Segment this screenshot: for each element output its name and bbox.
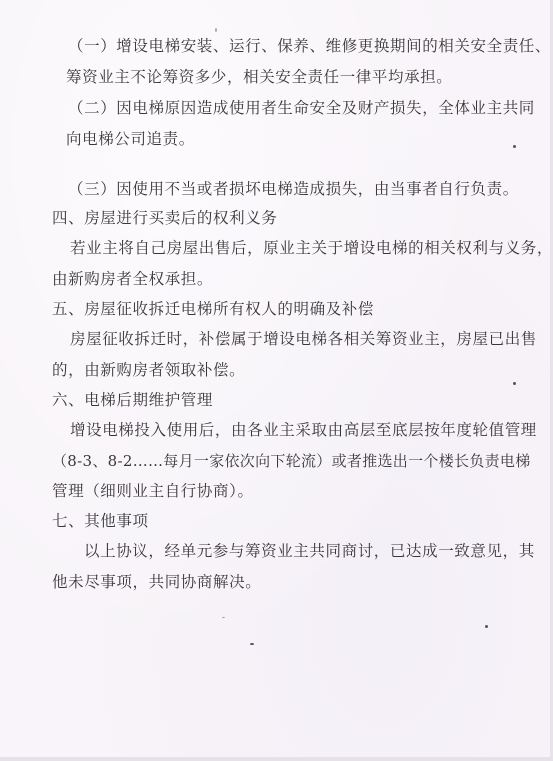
scan-speck — [250, 643, 254, 645]
section-6-para-line-1: 增设电梯投入使用后，由各业主采取由高层至底层按年度轮值管理 — [70, 420, 537, 440]
section-5-para-line-2: 的，由新购房者领取补偿。 — [52, 360, 245, 380]
section-5-heading: 五、房屋征收拆迁电梯所有权人的明确及补偿 — [52, 299, 374, 319]
section-5-para-line-1: 房屋征收拆迁时，补偿属于增设电梯各相关筹资业主，房屋已出售 — [70, 329, 537, 349]
clause-3-line-1: （三）因使用不当或者损坏电梯造成损失，由当事者自行负责。 — [68, 179, 519, 199]
clause-2-line-1: （二）因电梯原因造成使用者生命安全及财产损失，全体业主共同 — [68, 98, 535, 118]
clause-1-line-1: （一）增设电梯安装、运行、保养、维修更换期间的相关安全责任、 — [68, 36, 551, 56]
section-7-para-line-1: 以上协议，经单元参与筹资业主共同商讨，已达成一致意见，其 — [84, 541, 535, 561]
section-4-heading: 四、房屋进行买卖后的权利义务 — [52, 208, 277, 228]
clause-1-line-2: 筹资业主不论筹资多少，相关安全责任一律平均承担。 — [66, 67, 452, 87]
scan-speck — [215, 28, 217, 32]
section-6-para-line-3: 管理（细则业主自行协商）。 — [52, 481, 254, 501]
scan-speck — [513, 382, 516, 385]
scan-speck — [513, 145, 516, 148]
section-4-para-line-2: 由新购房者全权承担。 — [52, 269, 213, 289]
section-6-heading: 六、电梯后期维护管理 — [52, 390, 213, 410]
section-4-para-line-1: 若业主将自己房屋出售后，原业主关于增设电梯的相关权利与义务， — [70, 238, 553, 258]
section-7-para-line-2: 他未尽事项，共同协商解决。 — [52, 572, 261, 592]
clause-2-line-2: 向电梯公司追责。 — [66, 129, 195, 149]
section-6-para-line-2: （8-3、8-2……每月一家依次向下轮流）或者推选出一个楼长负责电梯 — [52, 451, 531, 471]
scan-speck — [485, 625, 488, 628]
scanned-document-page: （一）增设电梯安装、运行、保养、维修更换期间的相关安全责任、 筹资业主不论筹资多… — [0, 0, 553, 761]
section-7-heading: 七、其他事项 — [52, 511, 149, 531]
scan-speck — [222, 617, 225, 618]
